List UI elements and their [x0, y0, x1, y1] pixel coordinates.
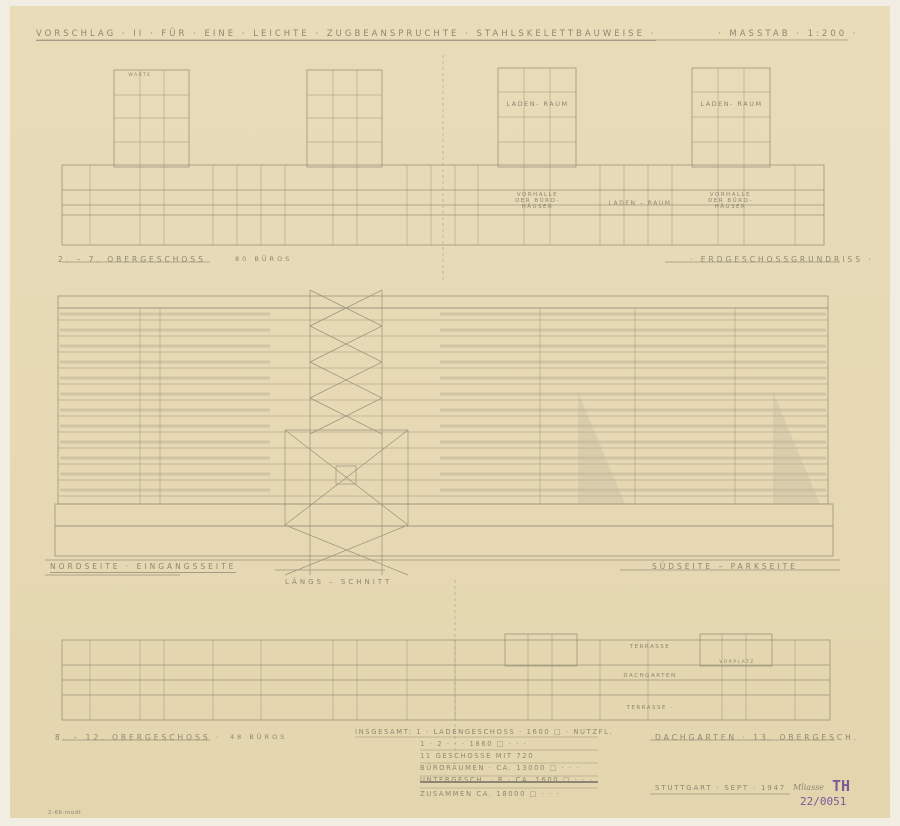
- longitudinal-section-title: LÄNGS – SCHNITT: [285, 578, 392, 586]
- south-elevation-title: SÜDSEITE – PARKSEITE: [652, 562, 798, 571]
- architectural-drawing: [0, 0, 900, 826]
- archive-stamp-initials: TH: [832, 777, 850, 795]
- lower-plan-office-count: 48 BÜROS: [230, 733, 287, 741]
- upper-plan-title: 2. – 7. OBERGESCHOSS: [58, 255, 206, 264]
- corner-note: 2-66-modt: [48, 810, 81, 816]
- room-terrasse-top: TERRASSE: [610, 644, 690, 650]
- place-date: STUTTGART · SEPT · 1947: [655, 784, 786, 792]
- lower-plan-title: 8. – 12. OBERGESCHOSS ·: [55, 733, 221, 742]
- summary-row: 11 GESCHOSSE MIT 720: [420, 752, 680, 764]
- room-vorhalle-2: VORHALLE DER BÜRO-HÄUSER: [703, 192, 758, 210]
- room-terrasse-bottom: TERRASSE ·: [610, 705, 690, 711]
- room-vorhalle-1: VORHALLE DER BÜRO-HÄUSER: [510, 192, 565, 210]
- room-laden-raum-1: LADEN- RAUM: [500, 100, 575, 108]
- summary-row: INSGESAMT: 1 · LADENGESCHOSS · 1600 □ · …: [355, 728, 615, 740]
- summary-row: BÜRORÄUMEN · CA. 13000 □ · · ·: [420, 764, 680, 776]
- scale-label: · MASSTAB · 1:200 ·: [718, 29, 859, 39]
- room-vorplatz: VORPLATZ: [712, 660, 762, 665]
- summary-total-row: ZUSAMMEN CA. 18000 □ · · ·: [420, 790, 680, 802]
- area-summary: INSGESAMT: 1 · LADENGESCHOSS · 1600 □ · …: [355, 728, 615, 802]
- room-laden-raum-center: LADEN – RAUM: [590, 200, 690, 207]
- ground-floor-plan-title: · ERDGESCHOSSGRUNDRISS ·: [690, 255, 874, 264]
- room-laden-raum-2: LADEN- RAUM: [694, 100, 769, 108]
- summary-row: UNTERGESCH. · R · CA. 1600 □ · · ·: [420, 776, 680, 790]
- signature: Mliasse: [793, 783, 824, 792]
- room-dachgarten: DACHGARTEN: [610, 673, 690, 679]
- room-warte: WARTE: [125, 73, 155, 78]
- archive-stamp-number: 22/0051: [800, 795, 846, 808]
- upper-plan-office-count: 80 BÜROS: [235, 255, 292, 263]
- roof-garden-plan-title: DACHGARTEN · 13. OBERGESCH.: [655, 733, 859, 742]
- summary-row: 1 · 2 · · · 1860 □ · · ·: [420, 740, 680, 752]
- north-elevation-title: NORDSEITE · EINGANGSSEITE: [50, 562, 236, 573]
- drawing-title: VORSCHLAG · II · FÜR · EINE · LEICHTE · …: [36, 29, 656, 41]
